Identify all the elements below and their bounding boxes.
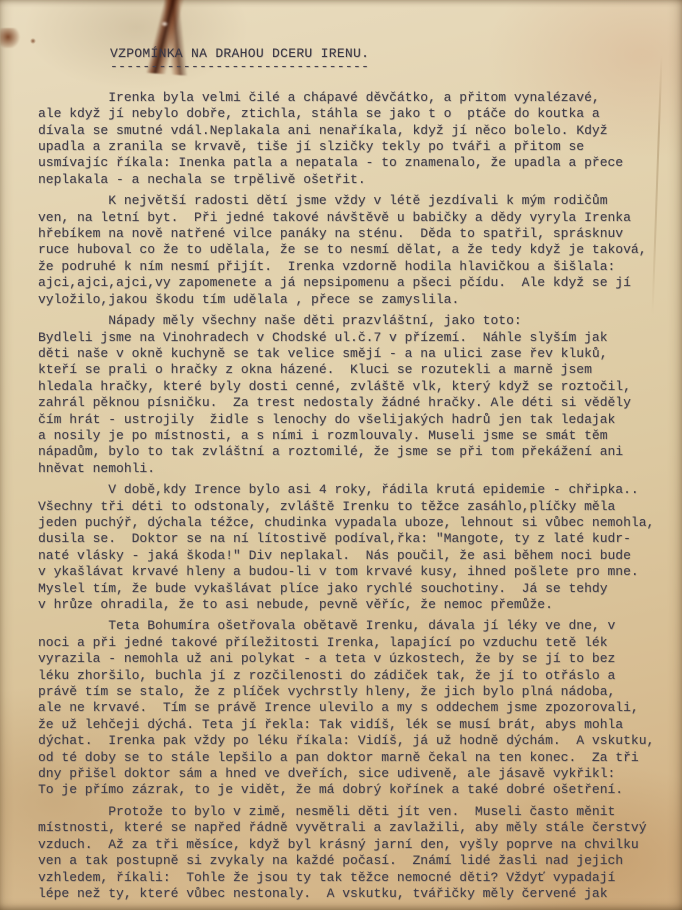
paragraph-children-games: Nápady měly všechny naše děti prazvláštn… [38,313,674,477]
paragraph-irenka-character: Irenka byla velmi čilé a chápavé děvčátk… [38,90,674,188]
paragraph-winter-recovery: Protože to bylo v zimě, nesměli děti jít… [38,804,674,902]
scanned-document-page: VZPOMÍNKA NA DRAHOU DCERU IRENU. -------… [0,0,682,910]
paragraph-aunt-bohumira: Teta Bohumíra ošetřovala obětavě Irenku,… [38,618,674,798]
title-block: VZPOMÍNKA NA DRAHOU DCERU IRENU. -------… [110,46,674,76]
paragraph-grandparents-visit: K největší radosti dětí jsme vždy v létě… [38,193,674,308]
page-content: VZPOMÍNKA NA DRAHOU DCERU IRENU. -------… [0,0,682,902]
title-underline: -------------------------------- [110,59,674,75]
paragraph-epidemic: V době,kdy Irence bylo asi 4 roky, řádil… [38,482,674,613]
